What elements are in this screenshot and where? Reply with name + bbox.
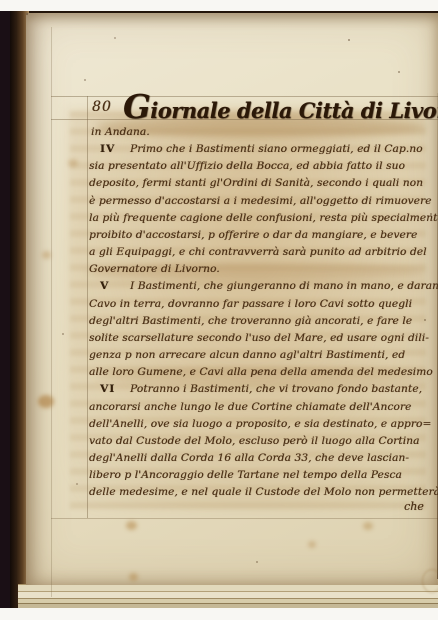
paragraph-marker: IV <box>100 141 115 158</box>
page-title: Giornale della Città di Livorno <box>123 87 438 126</box>
stain <box>129 573 138 581</box>
stain <box>42 251 51 259</box>
stain <box>68 159 78 167</box>
manuscript-line: Governatore di Livorno. <box>89 261 438 278</box>
manuscript-line: a gli Equipaggi, e chi contravverrà sarà… <box>89 244 438 261</box>
manuscript-line: genza p non arrecare alcun danno agl'alt… <box>89 347 438 364</box>
ruled-margin-outer <box>51 27 52 597</box>
stain <box>363 522 373 530</box>
manuscript-line: degl'altri Bastimenti, che troveranno gi… <box>89 313 438 330</box>
catchword: che <box>404 500 424 513</box>
manuscript-line: Potranno i Bastimenti, che vi trovano fo… <box>89 381 438 398</box>
stain-ring <box>422 569 438 593</box>
manuscript-line: Primo che i Bastimenti siano ormeggiati,… <box>89 141 438 158</box>
paragraph-iv: IV Primo che i Bastimenti siano ormeggia… <box>89 141 438 278</box>
ink-specks <box>26 13 28 15</box>
ruled-margin-left <box>87 96 88 518</box>
manuscript-line: alle loro Gumene, e Cavi alla pena della… <box>89 364 438 381</box>
page-number: 80 <box>92 99 112 115</box>
photo-mat-bottom <box>0 608 438 620</box>
photo-of-manuscript: 80 Giornale della Città di Livorno in An… <box>0 0 438 620</box>
opening-line: in Andana. <box>89 124 438 141</box>
paragraph-marker: VI <box>100 381 115 398</box>
manuscript-line: delle medesime, e nel quale il Custode d… <box>89 484 438 501</box>
manuscript-line: I Bastimenti, che giungeranno di mano in… <box>89 278 438 295</box>
stain <box>308 541 316 548</box>
paragraph-marker: V <box>100 278 109 295</box>
manuscript-line: ancorarsi anche lungo le due Cortine chi… <box>89 399 438 416</box>
manuscript-line: solite scarsellature secondo l'uso del M… <box>89 330 438 347</box>
manuscript-line: la più frequente cagione delle confusion… <box>89 210 438 227</box>
stain <box>38 395 54 408</box>
manuscript-line: Cavo in terra, dovranno far passare i lo… <box>89 296 438 313</box>
text-block: in Andana. IV Primo che i Bastimenti sia… <box>89 124 438 501</box>
photo-mat-top <box>0 0 438 11</box>
manuscript-page: 80 Giornale della Città di Livorno in An… <box>26 13 438 585</box>
book: 80 Giornale della Città di Livorno in An… <box>10 11 438 608</box>
stain <box>126 521 137 530</box>
manuscript-line: vato dal Custode del Molo, escluso però … <box>89 433 438 450</box>
manuscript-line: sia presentato all'Uffizio della Bocca, … <box>89 158 438 175</box>
paragraph-v: V I Bastimenti, che giungeranno di mano … <box>89 278 438 381</box>
manuscript-line: è permesso d'accostarsi a i medesimi, al… <box>89 193 438 210</box>
manuscript-line: degl'Anelli dalla Corda 16 alla Corda 33… <box>89 450 438 467</box>
manuscript-line: dell'Anelli, ove sia luogo a proposito, … <box>89 416 438 433</box>
ruled-line-bottom <box>51 518 438 519</box>
manuscript-line: proibito d'accostarsi, p offerire o dar … <box>89 227 438 244</box>
paragraph-vi: VI Potranno i Bastimenti, che vi trovano… <box>89 381 438 501</box>
manuscript-line: deposito, fermi stanti gl'Ordini di Sani… <box>89 175 438 192</box>
manuscript-line: libero p l'Ancoraggio delle Tartane nel … <box>89 467 438 484</box>
